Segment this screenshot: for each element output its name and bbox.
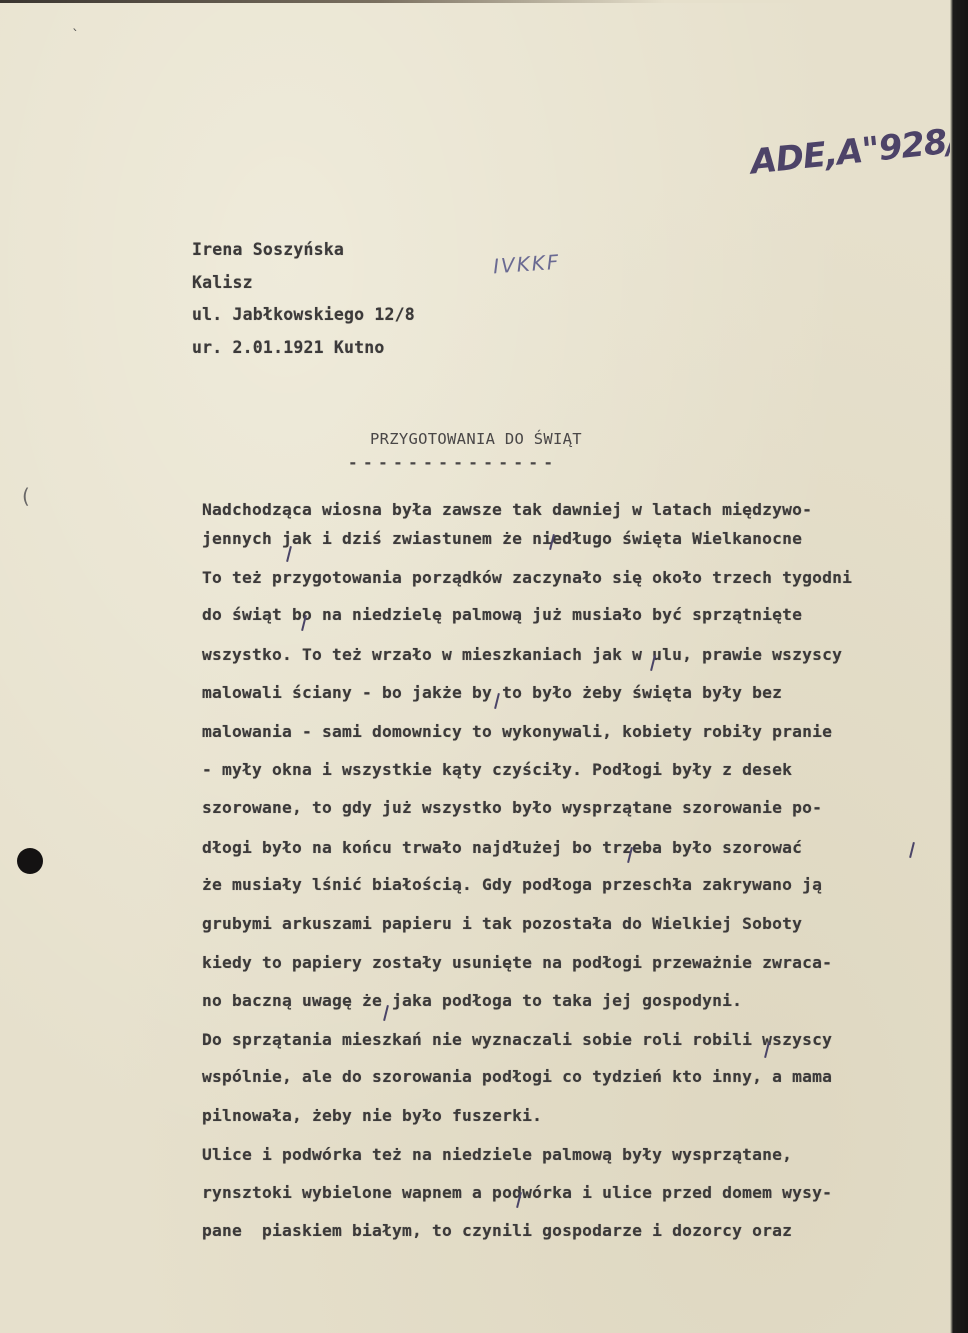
body-line: malowali ściany - bo jakże by to było że… bbox=[202, 683, 782, 702]
body-line: Do sprzątania mieszkań nie wyznaczali so… bbox=[202, 1030, 832, 1049]
author-city: Kalisz bbox=[192, 273, 253, 292]
body-line: no baczną uwagę że jaka podłoga to taka … bbox=[202, 991, 742, 1010]
body-line: Ulice i podwórka też na niedziele palmow… bbox=[202, 1145, 792, 1164]
body-line: kiedy to papiery zostały usunięte na pod… bbox=[202, 953, 832, 972]
page-top-edge bbox=[0, 0, 950, 3]
body-line: Nadchodząca wiosna była zawsze tak dawni… bbox=[202, 500, 812, 519]
punch-hole bbox=[17, 848, 43, 874]
author-name: Irena Soszyńska bbox=[192, 240, 344, 259]
body-line: pilnowała, żeby nie było fuszerki. bbox=[202, 1106, 542, 1125]
body-line: jennych jak i dziś zwiastunem że niedług… bbox=[202, 529, 802, 548]
title-underline: -------------- bbox=[348, 453, 558, 472]
body-line: że musiały lśnić białością. Gdy podłoga … bbox=[202, 875, 822, 894]
body-line: malowania - sami domownicy to wykonywali… bbox=[202, 722, 832, 741]
body-line: wszystko. To też wrzało w mieszkaniach j… bbox=[202, 645, 842, 664]
stray-mark: ˋ bbox=[72, 28, 79, 44]
author-birth: ur. 2.01.1921 Kutno bbox=[192, 338, 385, 357]
body-line: To też przygotowania porządków zaczynało… bbox=[202, 568, 852, 587]
archive-reference-handwritten: ADE,A"928/1, bbox=[749, 117, 950, 182]
scan-border-right bbox=[950, 0, 968, 1333]
body-line: pane piaskiem białym, to czynili gospoda… bbox=[202, 1221, 792, 1240]
body-line: dłogi było na końcu trwało najdłużej bo … bbox=[202, 838, 802, 857]
body-line: szorowane, to gdy już wszystko było wysp… bbox=[202, 798, 822, 817]
body-line: grubymi arkuszami papieru i tak pozostał… bbox=[202, 914, 802, 933]
document-title: PRZYGOTOWANIA DO ŚWIĄT bbox=[370, 430, 582, 448]
body-line: wspólnie, ale do szorowania podłogi co t… bbox=[202, 1067, 832, 1086]
pencil-annotation: IVKKF bbox=[492, 250, 561, 279]
stray-mark: ( bbox=[22, 484, 30, 508]
body-line: - myły okna i wszystkie kąty czyściły. P… bbox=[202, 760, 792, 779]
pen-comma-mark bbox=[909, 842, 915, 858]
body-line: do świąt bo na niedzielę palmową już mus… bbox=[202, 605, 802, 624]
pen-comma-mark bbox=[286, 546, 292, 562]
author-address: ul. Jabłkowskiego 12/8 bbox=[192, 305, 415, 324]
scanned-page: ADE,A"928/1, Irena Soszyńska Kalisz ul. … bbox=[0, 0, 950, 1333]
